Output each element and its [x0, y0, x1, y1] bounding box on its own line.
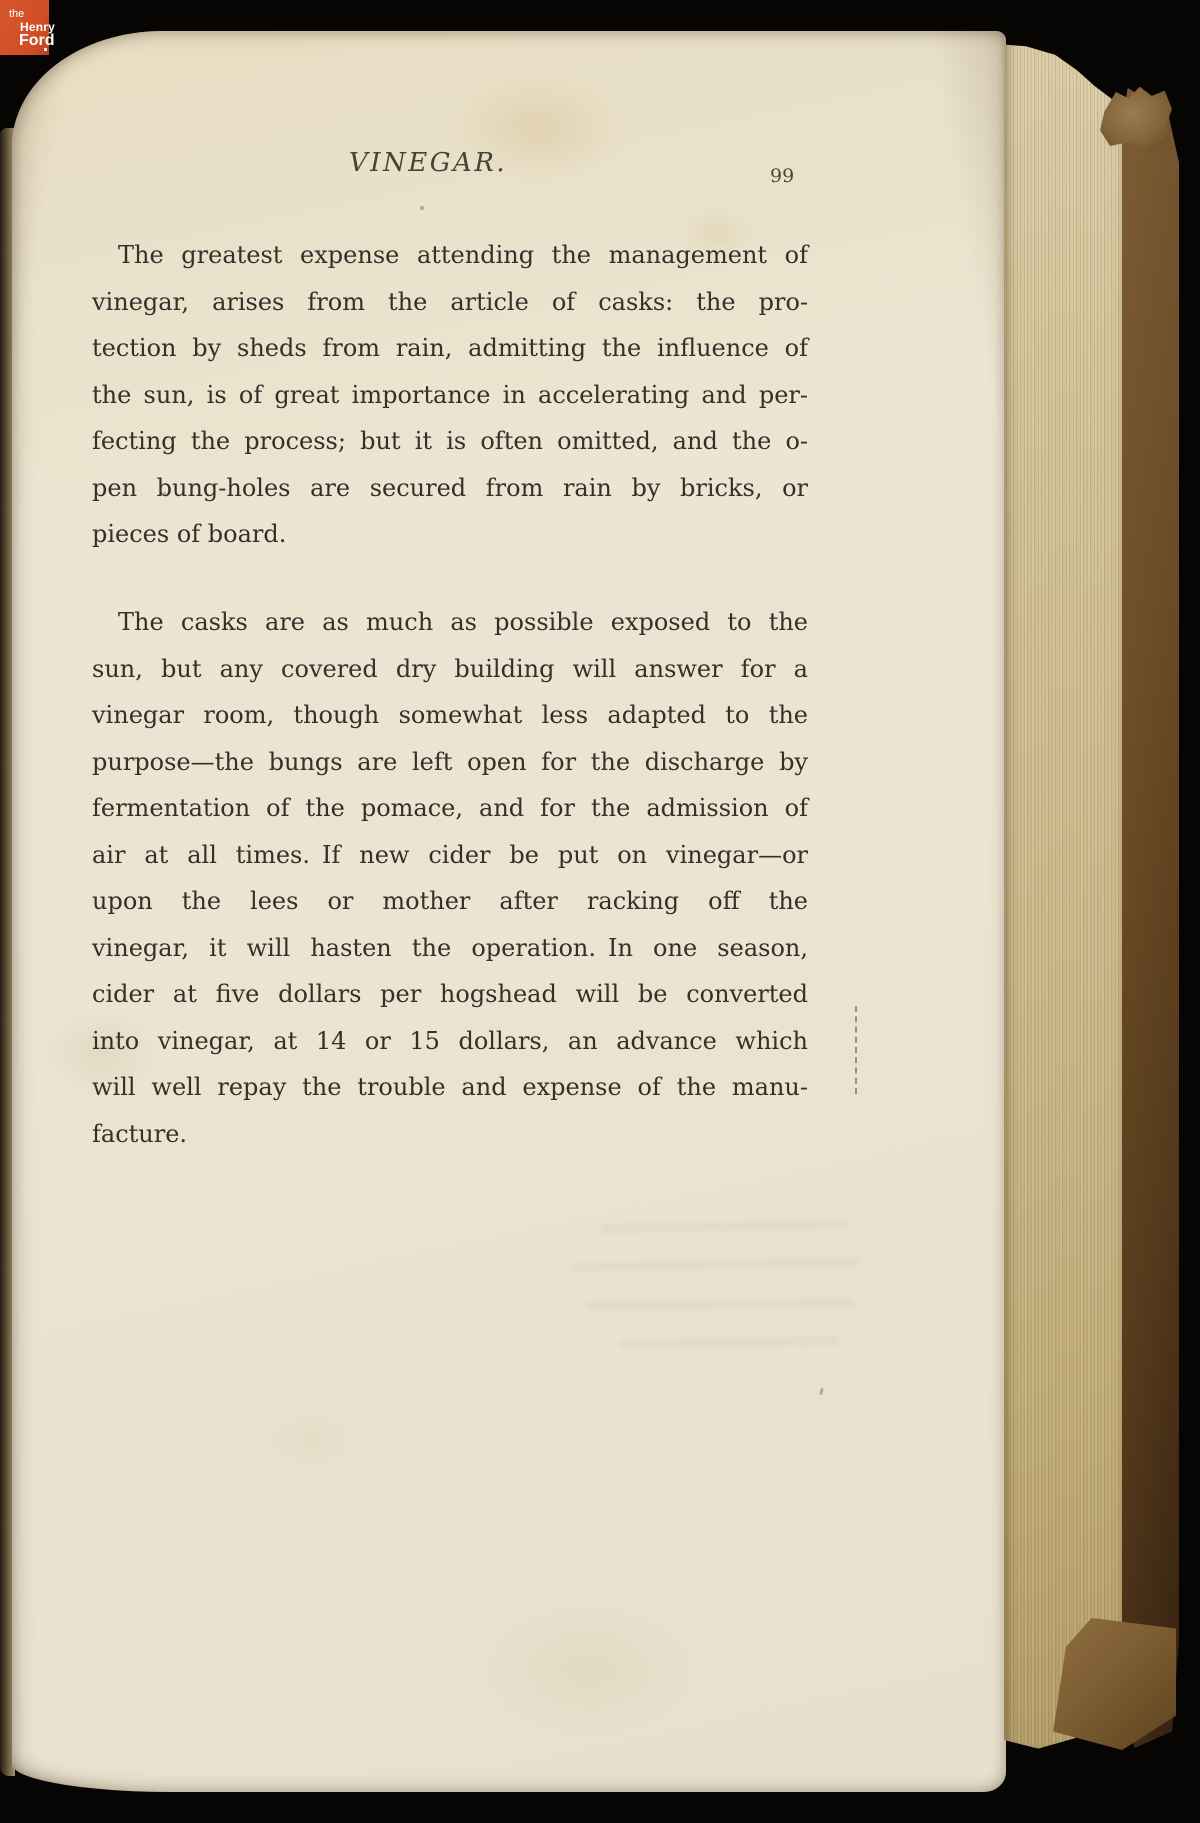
paragraph-1: The greatest expense attending the manag… [92, 232, 808, 558]
text-line: air at all times. If new cider be put on… [92, 832, 808, 879]
text-line: The greatest expense attending the manag… [92, 232, 808, 279]
logo-word-the: the [9, 8, 24, 20]
stitch-marks [855, 1006, 857, 1094]
logo-trademark-dot [44, 48, 47, 51]
henry-ford-logo: the Henry Ford [0, 0, 49, 55]
text-line: cider at five dollars per hogshead will … [92, 971, 808, 1018]
photo-background: { "branding": { "logo": { "word_the": "t… [0, 0, 1200, 1823]
text-line: pen bung-holes are secured from rain by … [92, 465, 808, 512]
cover-frayed-corner [1100, 84, 1172, 150]
text-line: upon the lees or mother after racking of… [92, 878, 808, 925]
text-line: tection by sheds from rain, admitting th… [92, 325, 808, 372]
paper-speck [420, 206, 424, 210]
text-line: into vinegar, at 14 or 15 dollars, an ad… [92, 1018, 808, 1065]
book-fore-edge [1004, 36, 1126, 1752]
page-number: 99 [770, 167, 794, 186]
book-cover-spine [1122, 88, 1179, 1748]
text-line: the sun, is of great importance in accel… [92, 372, 808, 419]
text-line: purpose—the bungs are left open for the … [92, 739, 808, 786]
text-line: The casks are as much as possible expose… [92, 599, 808, 646]
text-line: fecting the process; but it is often omi… [92, 418, 808, 465]
text-line: vinegar room, though somewhat less adapt… [92, 692, 808, 739]
paragraph-2: The casks are as much as possible expose… [92, 599, 808, 1157]
text-line: pieces of board. [92, 511, 808, 558]
running-title: VINEGAR. [349, 150, 507, 176]
text-line: vinegar, arises from the article of cask… [92, 279, 808, 326]
text-line: vinegar, it will hasten the operation. I… [92, 925, 808, 972]
text-line: will well repay the trouble and expense … [92, 1064, 808, 1111]
bleed-through-marks [560, 1218, 870, 1358]
paper-speck [163, 492, 166, 495]
text-line: sun, but any covered dry building will a… [92, 646, 808, 693]
text-line: facture. [92, 1111, 808, 1158]
logo-word-ford: Ford [19, 32, 55, 50]
text-line: fermentation of the pomace, and for the … [92, 785, 808, 832]
